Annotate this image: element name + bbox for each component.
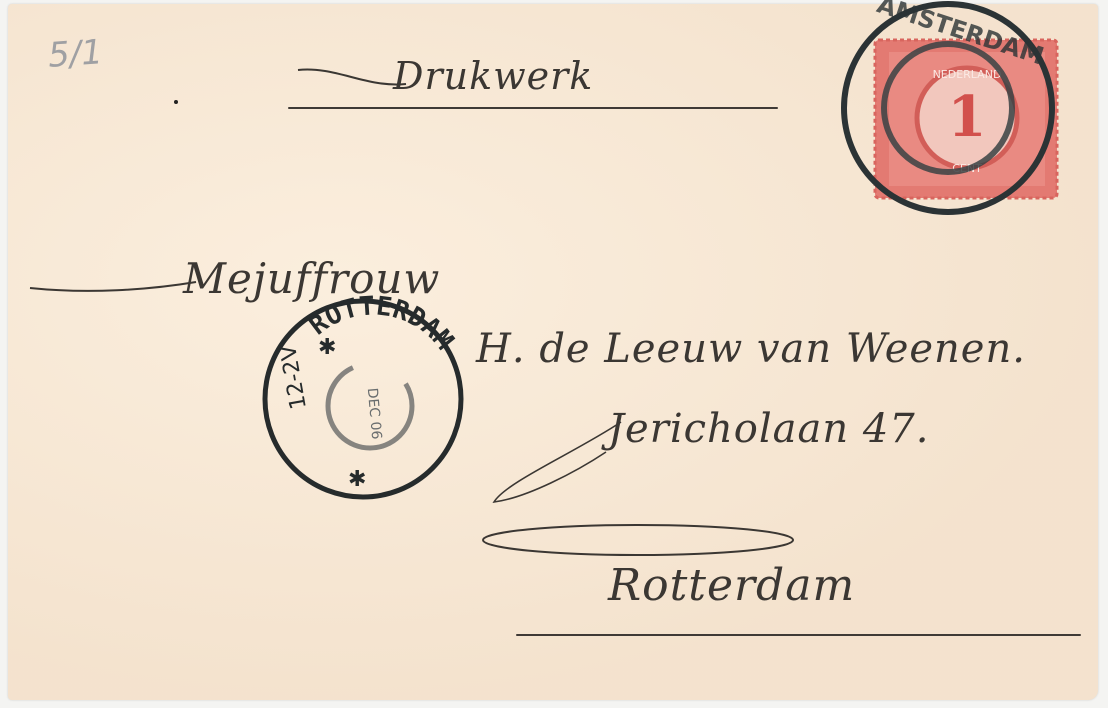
ink-dot bbox=[174, 100, 178, 104]
postmark-amsterdam-city: AMSTERDAM bbox=[874, 0, 1048, 70]
street-address: Jericholaan 47. bbox=[608, 406, 929, 452]
address-rule bbox=[516, 634, 1081, 636]
postmark-rotterdam-time: 12-2V bbox=[276, 343, 312, 411]
flourish-street bbox=[486, 402, 626, 512]
postmark-rotterdam-date: DEC 06 bbox=[364, 387, 384, 440]
star-icon: ✱ bbox=[348, 467, 366, 492]
star-icon: ✱ bbox=[318, 335, 336, 360]
flourish-salutation bbox=[28, 278, 198, 308]
city: Rotterdam bbox=[608, 560, 855, 611]
postmark-rotterdam: ROTTERDAM 12-2V DEC 06 ✱ ✱ bbox=[258, 296, 468, 506]
header-rule bbox=[288, 107, 778, 109]
recipient-name: H. de Leeuw van Weenen. bbox=[476, 326, 1026, 372]
postmark-amsterdam: AMSTERDAM bbox=[833, 0, 1063, 228]
printed-matter-label: Drukwerk bbox=[393, 54, 593, 98]
postcard: 5/1 Drukwerk 1 NEDERLAND CENT AMSTERDAM … bbox=[8, 4, 1098, 700]
pencil-note: 5/1 bbox=[47, 32, 104, 76]
